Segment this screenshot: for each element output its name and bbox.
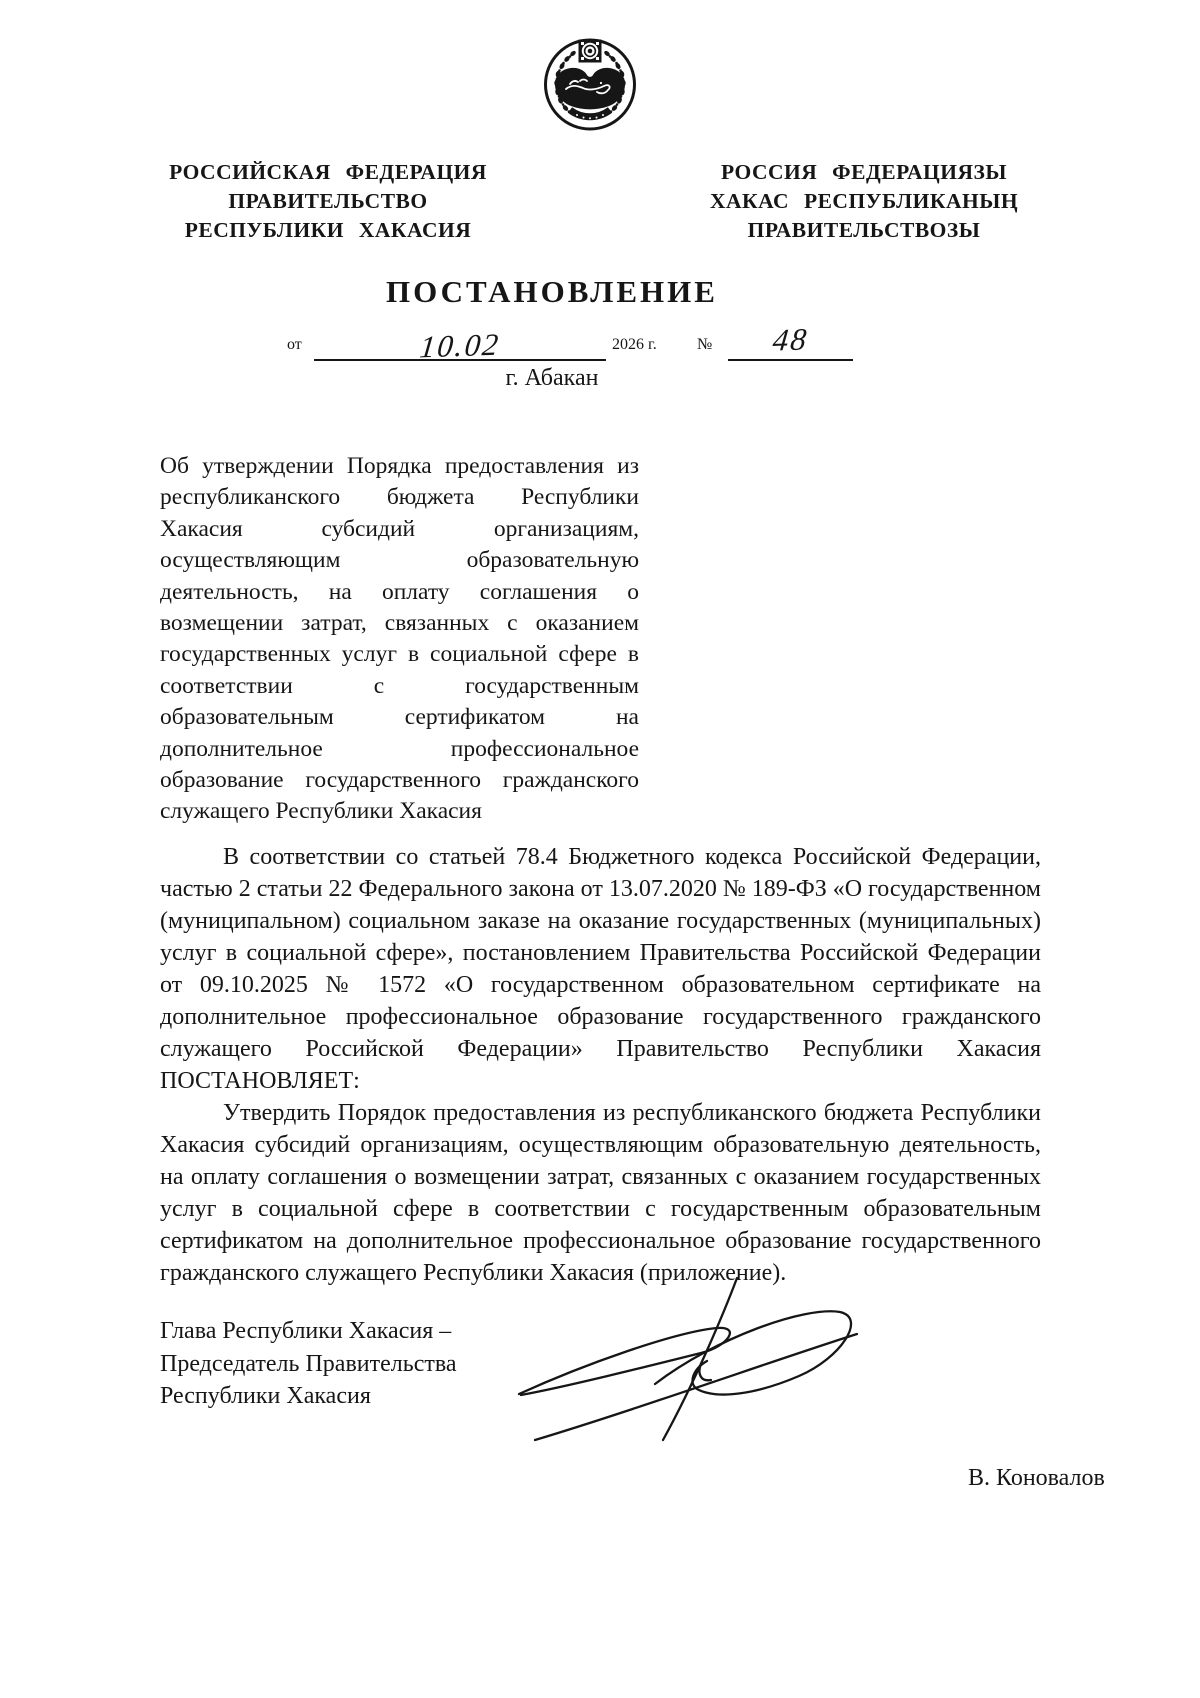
letterhead-line: ПРАВИТЕЛЬСТВОЗЫ — [684, 216, 1044, 245]
signatory-post-line: Республики Хакасия — [160, 1380, 457, 1413]
date-blank-line: 10.02 — [314, 330, 606, 361]
handwritten-signature-icon — [505, 1272, 885, 1447]
letterhead-line: РОССИЙСКАЯ ФЕДЕРАЦИЯ — [148, 158, 508, 187]
letterhead-russian: РОССИЙСКАЯ ФЕДЕРАЦИЯ ПРАВИТЕЛЬСТВО РЕСПУ… — [148, 158, 508, 245]
body-paragraph-intro: В соответствии со статьей 78.4 Бюджетног… — [160, 841, 1041, 1097]
letterhead-line: ПРАВИТЕЛЬСТВО — [148, 187, 508, 216]
signatory-post-line: Председатель Правительства — [160, 1348, 457, 1381]
number-blank-line: 48 — [728, 324, 853, 361]
year-label: 2026 г. — [612, 336, 657, 354]
letterhead-khakas: РОССИЯ ФЕДЕРАЦИЯЗЫ ХАКАС РЕСПУБЛИКАНЫҢ П… — [684, 158, 1044, 245]
letterhead-line: РОССИЯ ФЕДЕРАЦИЯЗЫ — [684, 158, 1044, 187]
date-from-label: от — [287, 336, 302, 354]
decree-subject: Об утверждении Порядка предоставления из… — [160, 451, 639, 828]
handwritten-number: 48 — [771, 321, 810, 358]
signatory-name: В. Коновалов — [968, 1465, 1105, 1492]
body-paragraph-resolution: Утвердить Порядок предоставления из респ… — [160, 1097, 1041, 1289]
number-sign: № — [697, 336, 712, 354]
handwritten-date: 10.02 — [418, 327, 502, 366]
decree-document-page: РОССИЙСКАЯ ФЕДЕРАЦИЯ ПРАВИТЕЛЬСТВО РЕСПУ… — [0, 0, 1200, 1698]
signatory-post-line: Глава Республики Хакасия – — [160, 1315, 457, 1348]
letterhead-line: РЕСПУБЛИКИ ХАКАСИЯ — [148, 216, 508, 245]
decree-title: ПОСТАНОВЛЕНИЕ — [0, 274, 1104, 310]
decree-body: В соответствии со статьей 78.4 Бюджетног… — [160, 841, 1041, 1289]
khakassia-coat-of-arms-icon — [542, 36, 638, 133]
city-line: г. Абакан — [0, 365, 1104, 392]
signatory-post: Глава Республики Хакасия – Председатель … — [160, 1315, 457, 1413]
letterhead-line: ХАКАС РЕСПУБЛИКАНЫҢ — [684, 187, 1044, 216]
